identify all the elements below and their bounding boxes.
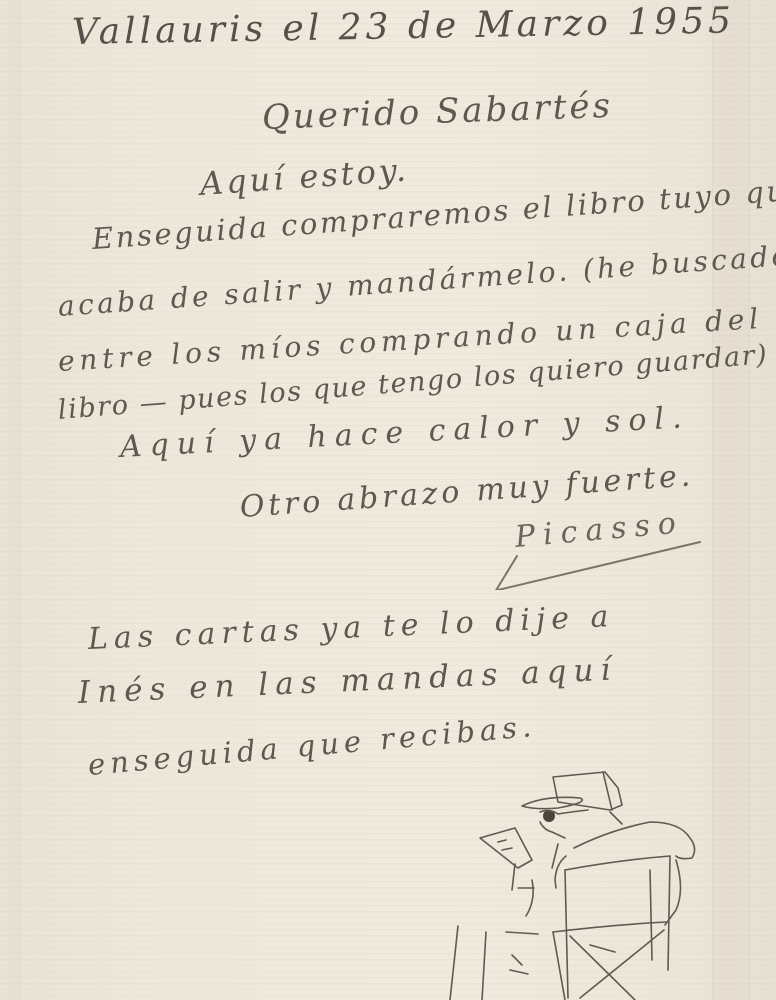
postscript-line: Las cartas ya te lo dije a [87,599,615,657]
seated-reader-sketch-icon [440,760,740,1000]
salutation: Querido Sabartés [261,86,613,138]
letter-page: Vallauris el 23 de Marzo 1955 Querido Sa… [0,0,776,1000]
body-line: Enseguida compraremos el libro tuyo que [91,172,776,256]
postscript-line: Inés en las mandas aquí [77,651,618,711]
signature-flourish-icon [480,500,720,590]
place-date: Vallauris el 23 de Marzo 1955 [72,0,736,53]
body-line: Aquí estoy. [199,150,410,202]
paper-fold-left [8,0,22,1000]
